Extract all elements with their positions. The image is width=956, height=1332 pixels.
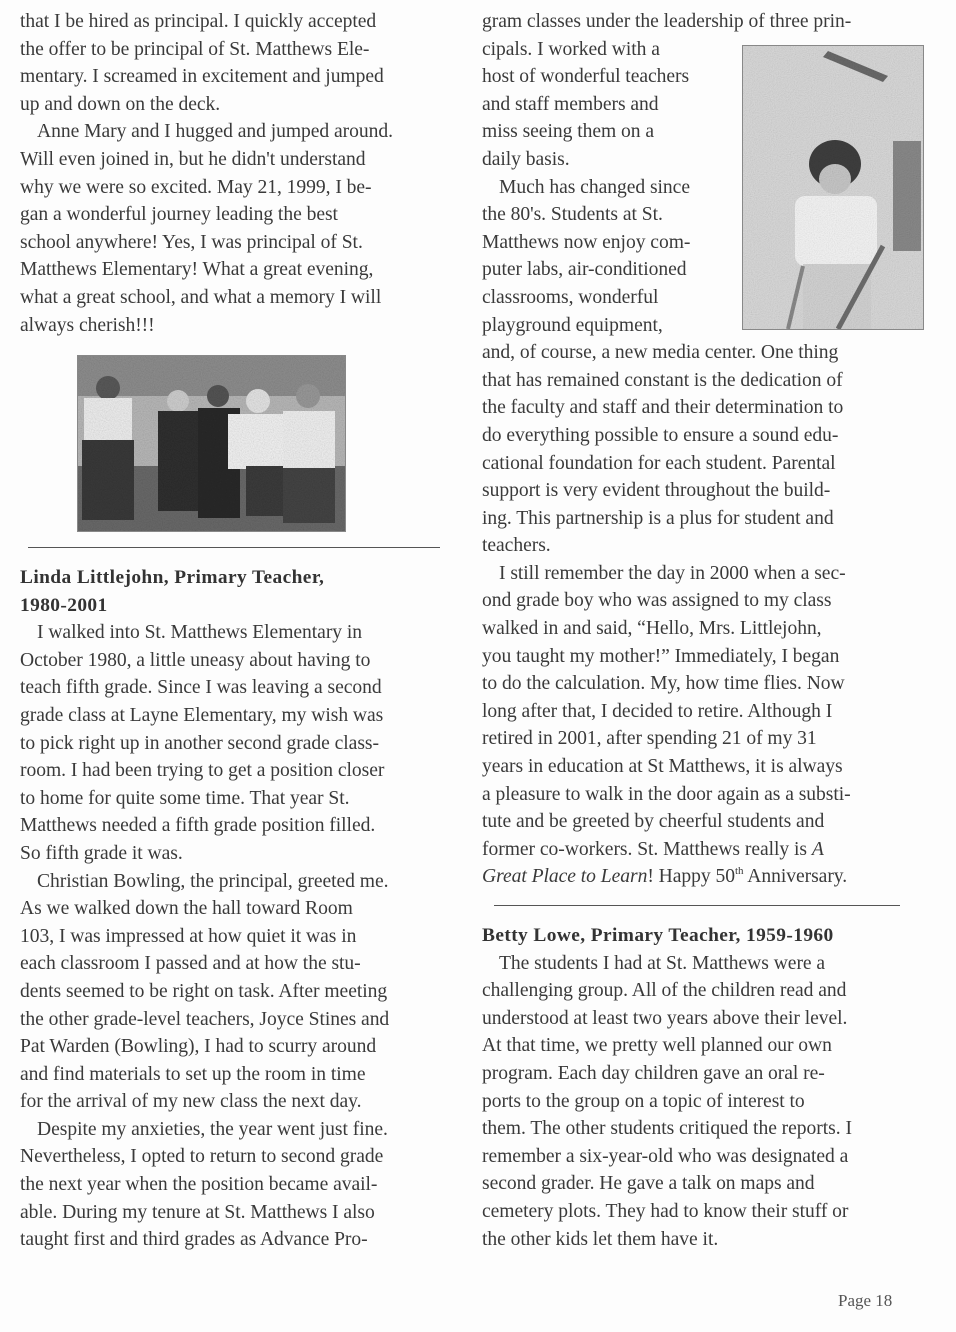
text-line: to home for quite some time. That year S…: [20, 785, 470, 813]
text-line: why we were so excited. May 21, 1999, I …: [20, 174, 470, 202]
lowe-paragraph: The students I had at St. Matthews were …: [482, 950, 942, 1254]
italic-slogan-start: A: [812, 839, 824, 860]
section-heading-littlejohn: Linda Littlejohn, Primary Teacher,: [20, 564, 470, 592]
text-line: As we walked down the hall toward Room: [20, 895, 470, 923]
text-line: room. I had been trying to get a positio…: [20, 757, 470, 785]
text-line: taught first and third grades as Advance…: [20, 1226, 470, 1254]
italic-slogan: Great Place to Learn: [482, 866, 647, 887]
text-line: Matthews now enjoy com-: [482, 229, 737, 257]
text-line: Matthews Elementary! What a great evenin…: [20, 256, 470, 284]
text-line: I walked into St. Matthews Elementary in: [20, 619, 470, 647]
text-line: teach fifth grade. Since I was leaving a…: [20, 674, 470, 702]
littlejohn-paragraph-3: Despite my anxieties, the year went just…: [20, 1116, 470, 1254]
text-line: the 80's. Students at St.: [482, 201, 737, 229]
intro-paragraph: that I be hired as principal. I quickly …: [20, 8, 470, 118]
section-heading-littlejohn-years: 1980-2001: [20, 592, 470, 620]
text-line: former co-workers. St. Matthews really i…: [482, 836, 942, 864]
text-line: to do the calculation. My, how time flie…: [482, 670, 942, 698]
text-fragment: Anniversary.: [743, 866, 847, 887]
text-line: what a great school, and what a memory I…: [20, 284, 470, 312]
portrait-photo: [742, 45, 924, 330]
text-line: each classroom I passed and at how the s…: [20, 950, 470, 978]
text-line: program. Each day children gave an oral …: [482, 1060, 942, 1088]
text-line: understood at least two years above thei…: [482, 1005, 942, 1033]
newsletter-page: that I be hired as principal. I quickly …: [0, 0, 956, 1332]
text-line: gan a wonderful journey leading the best: [20, 201, 470, 229]
left-column: that I be hired as principal. I quickly …: [20, 8, 470, 339]
changes-paragraph: and, of course, a new media center. One …: [482, 339, 942, 560]
text-line: I still remember the day in 2000 when a …: [482, 560, 942, 588]
text-line: that has remained constant is the dedica…: [482, 367, 942, 395]
text-line: The students I had at St. Matthews were …: [482, 950, 942, 978]
text-line: up and down on the deck.: [20, 91, 470, 119]
text-line: that I be hired as principal. I quickly …: [20, 8, 470, 36]
text-line: Matthews needed a fifth grade position f…: [20, 812, 470, 840]
wrap-around-photo-text: cipals. I worked with a host of wonderfu…: [482, 36, 737, 340]
text-line: and, of course, a new media center. One …: [482, 339, 942, 367]
text-line: the next year when the position became a…: [20, 1171, 470, 1199]
text-line: puter labs, air-conditioned: [482, 256, 737, 284]
text-line: retired in 2001, after spending 21 of my…: [482, 725, 942, 753]
text-line: cational foundation for each student. Pa…: [482, 450, 942, 478]
text-line: teachers.: [482, 532, 942, 560]
text-line: a pleasure to walk in the door again as …: [482, 781, 942, 809]
text-line: the offer to be principal of St. Matthew…: [20, 36, 470, 64]
text-line: able. During my tenure at St. Matthews I…: [20, 1199, 470, 1227]
text-line: dents seemed to be right on task. After …: [20, 978, 470, 1006]
text-line: ing. This partnership is a plus for stud…: [482, 505, 942, 533]
text-line: 103, I was impressed at how quiet it was…: [20, 923, 470, 951]
text-line: second grader. He gave a talk on maps an…: [482, 1170, 942, 1198]
text-line: do everything possible to ensure a sound…: [482, 422, 942, 450]
text-line: remember a six-year-old who was designat…: [482, 1143, 942, 1171]
text-line: Pat Warden (Bowling), I had to scurry ar…: [20, 1033, 470, 1061]
section-divider: [494, 905, 900, 906]
text-line: Anne Mary and I hugged and jumped around…: [20, 118, 470, 146]
text-line: long after that, I decided to retire. Al…: [482, 698, 942, 726]
text-line: them. The other students critiqued the r…: [482, 1115, 942, 1143]
text-line: At that time, we pretty well planned our…: [482, 1032, 942, 1060]
text-line: mentary. I screamed in excitement and ju…: [20, 63, 470, 91]
text-line: Great Place to Learn! Happy 50th Anniver…: [482, 863, 942, 891]
portrait-photo-image: [743, 46, 923, 329]
text-line: ports to the group on a topic of interes…: [482, 1088, 942, 1116]
text-line: years in education at St Matthews, it is…: [482, 753, 942, 781]
group-photo: [77, 355, 346, 532]
celebration-paragraph: Anne Mary and I hugged and jumped around…: [20, 118, 470, 339]
text-line: host of wonderful teachers: [482, 63, 737, 91]
text-line: the other kids let them have it.: [482, 1226, 942, 1254]
text-line: So fifth grade it was.: [20, 840, 470, 868]
text-line: gram classes under the leadership of thr…: [482, 8, 942, 36]
littlejohn-paragraph-1: I walked into St. Matthews Elementary in…: [20, 619, 470, 867]
text-line: Much has changed since: [482, 174, 737, 202]
text-fragment: ! Happy 50: [647, 866, 735, 887]
text-line: miss seeing them on a: [482, 118, 737, 146]
page-number: Page 18: [838, 1291, 892, 1311]
text-fragment: former co-workers. St. Matthews really i…: [482, 839, 812, 860]
text-line: you taught my mother!” Immediately, I be…: [482, 643, 942, 671]
retirement-paragraph: I still remember the day in 2000 when a …: [482, 560, 942, 891]
text-line: playground equipment,: [482, 312, 737, 340]
text-line: cipals. I worked with a: [482, 36, 737, 64]
right-column-lower: Betty Lowe, Primary Teacher, 1959-1960 T…: [482, 922, 942, 1253]
left-column-lower: Linda Littlejohn, Primary Teacher, 1980-…: [20, 564, 470, 1254]
text-line: tute and be greeted by cheerful students…: [482, 808, 942, 836]
text-line: the faculty and staff and their determin…: [482, 394, 942, 422]
text-line: and staff members and: [482, 91, 737, 119]
text-line: challenging group. All of the children r…: [482, 977, 942, 1005]
text-line: to pick right up in another second grade…: [20, 730, 470, 758]
text-line: school anywhere! Yes, I was principal of…: [20, 229, 470, 257]
group-photo-image: [78, 356, 345, 531]
text-line: ond grade boy who was assigned to my cla…: [482, 587, 942, 615]
text-line: Despite my anxieties, the year went just…: [20, 1116, 470, 1144]
text-line: October 1980, a little uneasy about havi…: [20, 647, 470, 675]
text-line: support is very evident throughout the b…: [482, 477, 942, 505]
text-line: and find materials to set up the room in…: [20, 1061, 470, 1089]
text-line: Will even joined in, but he didn't under…: [20, 146, 470, 174]
text-line: the other grade-level teachers, Joyce St…: [20, 1006, 470, 1034]
text-line: cemetery plots. They had to know their s…: [482, 1198, 942, 1226]
text-line: daily basis.: [482, 146, 737, 174]
text-line: Christian Bowling, the principal, greete…: [20, 868, 470, 896]
text-line: walked in and said, “Hello, Mrs. Littlej…: [482, 615, 942, 643]
text-line: classrooms, wonderful: [482, 284, 737, 312]
section-heading-lowe: Betty Lowe, Primary Teacher, 1959-1960: [482, 922, 942, 950]
text-line: Nevertheless, I opted to return to secon…: [20, 1143, 470, 1171]
text-line: grade class at Layne Elementary, my wish…: [20, 702, 470, 730]
littlejohn-paragraph-2: Christian Bowling, the principal, greete…: [20, 868, 470, 1116]
section-divider: [28, 547, 440, 548]
text-line: for the arrival of my new class the next…: [20, 1088, 470, 1116]
text-line: always cherish!!!: [20, 312, 470, 340]
